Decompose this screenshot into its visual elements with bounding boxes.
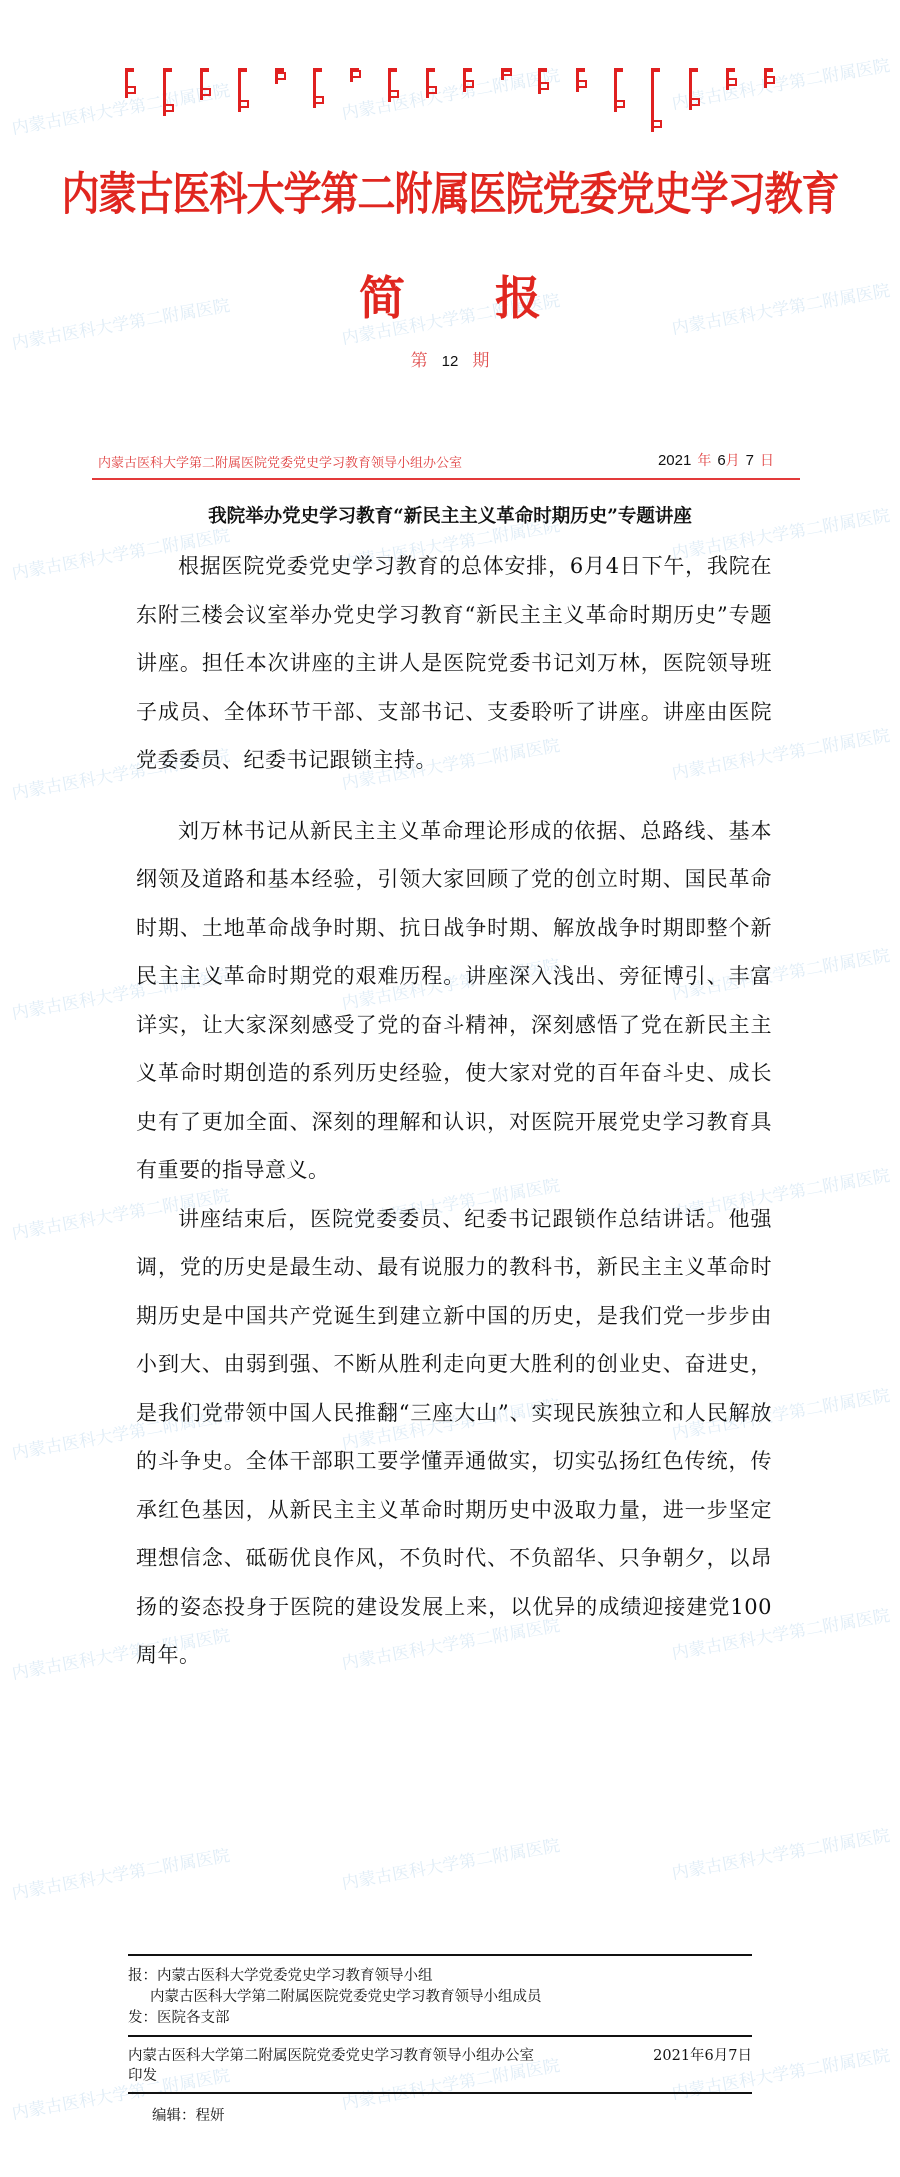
- footer-divider-top: [128, 1954, 752, 1956]
- send-label: 发：: [128, 2010, 157, 2026]
- issue-suffix: 期: [472, 351, 489, 371]
- footer-divider-middle: [128, 2035, 752, 2037]
- mongolian-word: [163, 68, 174, 116]
- article-paragraph: 讲座结束后，医院党委委员、纪委书记跟锁作总结讲话。他强调，党的历史是最生动、最有…: [136, 1195, 772, 1680]
- editor-line: 编辑：程妍: [152, 2104, 225, 2125]
- document-page: 内蒙古医科大学第二附属医院党委党史学习教育 简报 第12期 内蒙古医科大学第二附…: [0, 0, 900, 2177]
- mongolian-word: [313, 68, 324, 108]
- date-day: 7: [746, 452, 754, 469]
- mongolian-word: [275, 68, 286, 84]
- issuer-office: 内蒙古医科大学第二附属医院党委党史学习教育领导小组办公室: [128, 2044, 534, 2065]
- date-month-unit: 月: [726, 453, 740, 469]
- mongolian-word: [726, 68, 737, 90]
- issue-prefix: 第: [411, 351, 428, 371]
- send-to-line: 发：医院各支部: [128, 2006, 230, 2027]
- mongolian-word: [125, 68, 136, 98]
- report-recipient-2: 内蒙古医科大学第二附属医院党委党史学习教育领导小组成员: [150, 1985, 542, 2006]
- bulletin-heading: 简报: [0, 262, 900, 328]
- mongolian-word: [651, 68, 662, 132]
- article-title: 我院举办党史学习教育“新民主主义革命时期历史”专题讲座: [0, 502, 900, 528]
- article-paragraph: 刘万林书记从新民主主义革命理论形成的依据、总路线、基本纲领及道路和基本经验，引领…: [136, 807, 772, 1195]
- mongolian-word: [200, 68, 211, 100]
- date-month: 6: [717, 452, 725, 469]
- mongolian-word: [614, 68, 625, 112]
- mongolian-word: [463, 68, 474, 92]
- report-to-line: 报：内蒙古医科大学党委党史学习教育领导小组: [128, 1964, 433, 1985]
- issue-number: 第12期: [0, 346, 900, 371]
- mongolian-word: [501, 68, 512, 80]
- send-recipient: 医院各支部: [157, 2010, 230, 2026]
- article-body: 根据医院党委党史学习教育的总体安排，6月4日下午，我院在东附三楼会议室举办党史学…: [136, 542, 772, 1680]
- mongolian-script-title: [125, 68, 775, 158]
- date-year: 2021: [658, 452, 691, 469]
- editor-name: 程妍: [196, 2108, 225, 2124]
- mongolian-word: [388, 68, 399, 102]
- issuer-bar: 内蒙古医科大学第二附属医院党委党史学习教育领导小组办公室 2021年6月7日: [92, 452, 800, 480]
- mongolian-word: [426, 68, 437, 98]
- report-label: 报：: [128, 1968, 157, 1984]
- mongolian-word: [238, 68, 249, 112]
- report-recipient: 内蒙古医科大学党委党史学习教育领导小组: [157, 1968, 433, 1984]
- issuer-suffix: 印发: [128, 2064, 157, 2085]
- editor-label: 编辑：: [152, 2108, 196, 2124]
- issuing-office: 内蒙古医科大学第二附属医院党委党史学习教育领导小组办公室: [98, 452, 462, 471]
- mongolian-word: [350, 68, 361, 82]
- date-year-unit: 年: [697, 453, 711, 469]
- mongolian-word: [689, 68, 700, 110]
- mongolian-word: [538, 68, 549, 94]
- mongolian-word: [764, 68, 775, 88]
- date-day-unit: 日: [760, 453, 774, 469]
- article-paragraph: 根据医院党委党史学习教育的总体安排，6月4日下午，我院在东附三楼会议室举办党史学…: [136, 542, 772, 785]
- masthead-title: 内蒙古医科大学第二附属医院党委党史学习教育: [0, 157, 900, 223]
- issue-num: 12: [442, 353, 459, 370]
- mongolian-word: [576, 68, 587, 92]
- issue-date: 2021年6月7日: [658, 450, 780, 470]
- footer-divider-bottom: [128, 2092, 752, 2094]
- red-divider: [92, 478, 800, 480]
- footer-date: 2021年6月7日: [653, 2044, 752, 2065]
